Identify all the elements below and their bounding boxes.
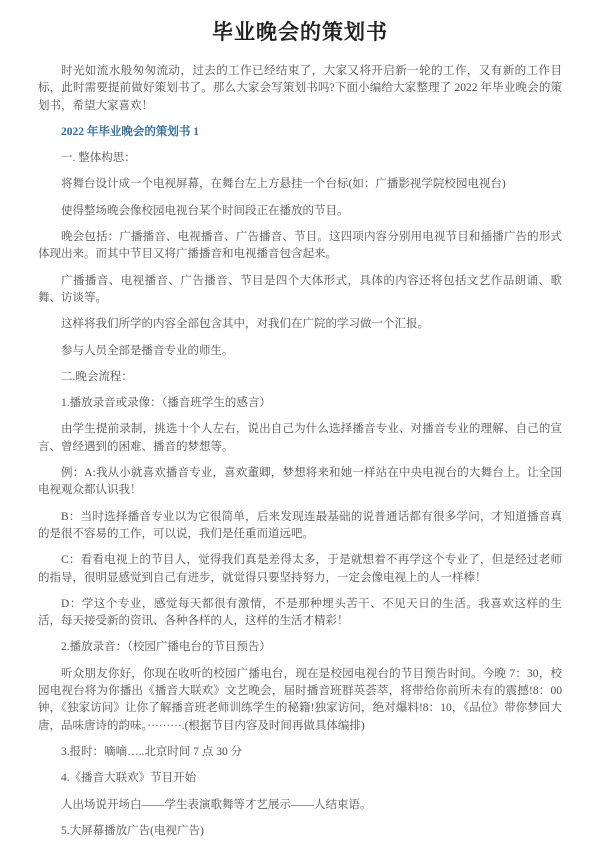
paragraph: 二.晚会流程： [38,369,562,386]
paragraph: 时光如流水般匆匆流动，过去的工作已经结束了，大家又将开启新一轮的工作，又有新的工… [38,63,562,115]
section-heading: 2022 年毕业晚会的策划书 1 [38,124,562,141]
paragraph: 例：A:我从小就喜欢播音专业，喜欢董卿，梦想将来和她一样站在中央电视台的大舞台上… [38,465,562,500]
paragraph: 由学生提前录制，挑选十个人左右，说出自己为什么选择播音专业、对播音专业的理解、自… [38,421,562,456]
paragraph: 参与人员全部是播音专业的师生。 [38,343,562,360]
paragraph: 将舞台设计成一个电视屏幕，在舞台左上方悬挂一个台标(如：广播影视学院校园电视台) [38,176,562,193]
page-title: 毕业晚会的策划书 [38,16,562,46]
paragraph: 5.大屏幕播放广告(电视广告) [38,823,562,840]
paragraph: C：看看电视上的节目人，觉得我们真是差得太多，于是就想着不再学这个专业了，但是经… [38,552,562,587]
paragraph: 听众朋友你好，你现在收听的校园广播电台，现在是校园电视台的节目预告时间。今晚 7… [38,666,562,735]
paragraph: 晚会包括：广播播音、电视播音、广告播音、节目。这四项内容分别用电视节目和插播广告… [38,229,562,264]
paragraph: 2.播放录音：（校园广播电台的节目预告） [38,639,562,656]
document-page: 毕业晚会的策划书 时光如流水般匆匆流动，过去的工作已经结束了，大家又将开启新一轮… [0,0,600,849]
paragraph: 1.播放录音或录像：（播音班学生的感言） [38,395,562,412]
paragraph: 使得整场晚会像校园电视台某个时间段正在播放的节目。 [38,203,562,220]
paragraph: 广播播音、电视播音、广告播音、节目是四个大体形式，具体的内容还将包括文艺作品朗诵… [38,273,562,308]
paragraph: 人出场说开场白——学生表演歌舞等才艺展示——人结束语。 [38,797,562,814]
paragraph: 4.《播音大联欢》节目开始 [38,770,562,787]
paragraph: B：当时选择播音专业以为它很简单，后来发现连最基础的说普通话都有很多学问，才知道… [38,509,562,544]
paragraph: 3.报时：嘀嘀…..北京时间 7 点 30 分 [38,744,562,761]
paragraph: 一. 整体构思： [38,150,562,167]
paragraph: 这样将我们所学的内容全部包含其中，对我们在广院的学习做一个汇报。 [38,316,562,333]
paragraph: D：学这个专业，感觉每天都很有激情，不是那种埋头苦干、不见天日的生活。我喜欢这样… [38,596,562,631]
document-body: 时光如流水般匆匆流动，过去的工作已经结束了，大家又将开启新一轮的工作，又有新的工… [38,63,562,840]
